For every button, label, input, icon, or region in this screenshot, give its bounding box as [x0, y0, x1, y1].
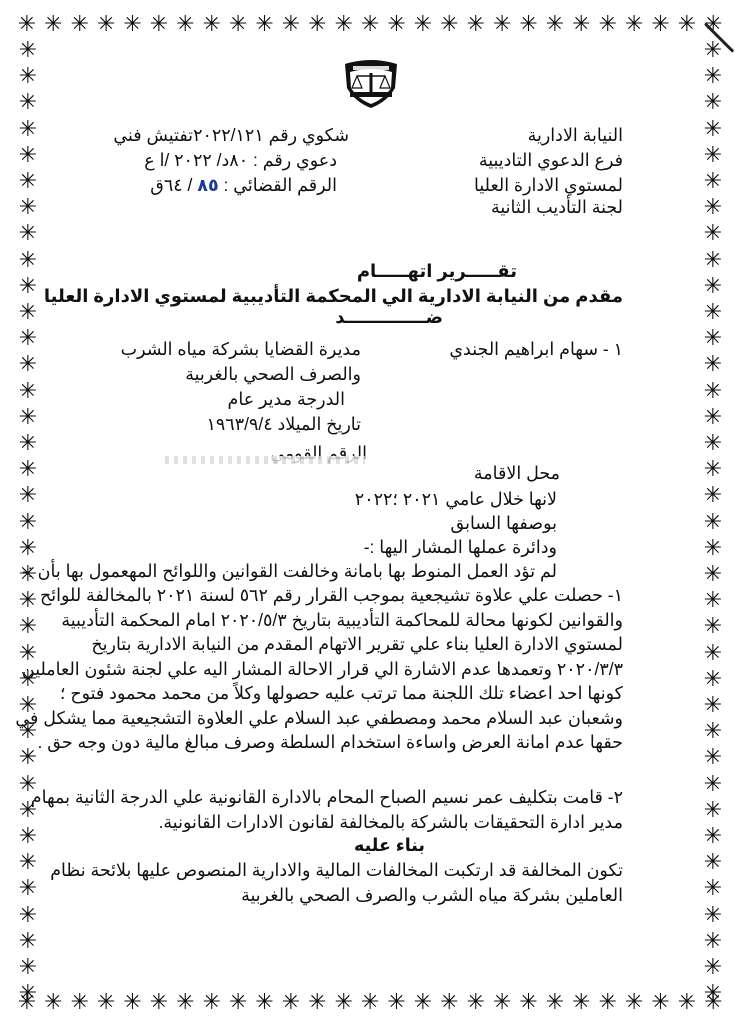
asterisk-star-icon: ✳	[703, 879, 723, 899]
conclusion-line-2: العاملين بشركة مياه الشرب والصرف الصحي ب…	[241, 884, 623, 906]
asterisk-star-icon: ✳	[466, 15, 486, 35]
intro-line-1: لانها خلال عامي ٢٠٢١ ؛٢٠٢٢	[355, 488, 557, 510]
asterisk-star-icon: ✳	[175, 993, 195, 1013]
asterisk-star-icon: ✳	[307, 15, 327, 35]
asterisk-star-icon: ✳	[545, 15, 565, 35]
asterisk-star-icon: ✳	[703, 644, 723, 664]
asterisk-star-icon: ✳	[18, 591, 38, 611]
charge-2-line-2: مدير ادارة التحقيقات بالشركة بالمخالفة ل…	[159, 811, 623, 833]
asterisk-star-icon: ✳	[703, 93, 723, 113]
charge-1-line-3: لمستوي الادارة العليا بناء علي تقرير الا…	[91, 633, 623, 655]
asterisk-star-icon: ✳	[703, 408, 723, 428]
asterisk-star-icon: ✳	[18, 486, 38, 506]
asterisk-star-icon: ✳	[703, 120, 723, 140]
asterisk-star-icon: ✳	[703, 355, 723, 375]
asterisk-star-icon: ✳	[202, 15, 222, 35]
asterisk-star-icon: ✳	[651, 15, 671, 35]
asterisk-star-icon: ✳	[703, 617, 723, 637]
asterisk-star-icon: ✳	[703, 775, 723, 795]
asterisk-star-icon: ✳	[360, 15, 380, 35]
against-label: ضـــــــــــــد	[335, 306, 443, 328]
asterisk-star-icon: ✳	[18, 539, 38, 559]
asterisk-star-icon: ✳	[703, 198, 723, 218]
asterisk-star-icon: ✳	[18, 120, 38, 140]
asterisk-star-icon: ✳	[18, 513, 38, 533]
asterisk-star-icon: ✳	[18, 827, 38, 847]
asterisk-star-icon: ✳	[70, 15, 90, 35]
intro-line-2: بوصفها السابق	[451, 512, 558, 534]
case-number: دعوي رقم : ٨٠د/ ٢٠٢٢ /ا ع	[144, 149, 337, 171]
scales-of-justice-shield-icon	[341, 58, 401, 110]
asterisk-star-icon: ✳	[624, 993, 644, 1013]
asterisk-star-icon: ✳	[466, 993, 486, 1013]
asterisk-star-icon: ✳	[18, 932, 38, 952]
judicial-number-label: الرقم القضائي :	[224, 175, 337, 195]
conclusion-line-1: تكون المخالفة قد ارتكبت المخالفات المالي…	[50, 859, 623, 881]
asterisk-star-icon: ✳	[387, 993, 407, 1013]
asterisk-star-icon: ✳	[360, 993, 380, 1013]
judicial-number: الرقم القضائي : ٨٥ / ٦٤ق	[150, 174, 337, 196]
asterisk-star-icon: ✳	[18, 984, 38, 1004]
asterisk-star-icon: ✳	[439, 15, 459, 35]
asterisk-star-icon: ✳	[43, 15, 63, 35]
asterisk-star-icon: ✳	[571, 993, 591, 1013]
charge-2-line-1: ٢- قامت بتكليف عمر نسيم الصباح المحام با…	[31, 786, 623, 808]
asterisk-star-icon: ✳	[18, 408, 38, 428]
asterisk-star-icon: ✳	[307, 993, 327, 1013]
asterisk-star-icon: ✳	[413, 15, 433, 35]
asterisk-star-icon: ✳	[18, 303, 38, 323]
asterisk-star-icon: ✳	[255, 15, 275, 35]
asterisk-star-icon: ✳	[149, 993, 169, 1013]
judicial-number-handwritten: ٨٥	[197, 175, 218, 195]
charge-1-line-7: حقها عدم امانة العرض واساءة استخدام السل…	[38, 731, 624, 753]
asterisk-star-icon: ✳	[703, 748, 723, 768]
asterisk-star-icon: ✳	[703, 670, 723, 690]
asterisk-star-icon: ✳	[703, 984, 723, 1004]
asterisk-star-icon: ✳	[703, 801, 723, 821]
asterisk-star-icon: ✳	[43, 993, 63, 1013]
asterisk-star-icon: ✳	[18, 67, 38, 87]
report-title: تقـــــرير اتهـــــام	[357, 260, 517, 282]
asterisk-star-icon: ✳	[18, 460, 38, 480]
asterisk-star-icon: ✳	[703, 277, 723, 297]
asterisk-star-icon: ✳	[703, 696, 723, 716]
asterisk-star-icon: ✳	[703, 460, 723, 480]
asterisk-star-icon: ✳	[281, 15, 301, 35]
asterisk-star-icon: ✳	[651, 993, 671, 1013]
defendant-job-2: والصرف الصحي بالغربية	[185, 363, 361, 385]
asterisk-star-icon: ✳	[18, 958, 38, 978]
asterisk-star-icon: ✳	[18, 146, 38, 166]
asterisk-star-icon: ✳	[703, 434, 723, 454]
asterisk-star-icon: ✳	[492, 993, 512, 1013]
asterisk-star-icon: ✳	[598, 993, 618, 1013]
conclusion-heading: بناء عليه	[354, 834, 425, 856]
redacted-national-id	[165, 456, 365, 464]
report-subtitle: مقدم من النيابة الادارية الي المحكمة الت…	[44, 285, 623, 307]
asterisk-star-icon: ✳	[624, 15, 644, 35]
defendant-birth: تاريخ الميلاد ١٩٦٣/٩/٤	[207, 413, 362, 435]
asterisk-star-icon: ✳	[703, 486, 723, 506]
asterisk-star-icon: ✳	[334, 993, 354, 1013]
asterisk-star-icon: ✳	[439, 993, 459, 1013]
asterisk-star-icon: ✳	[202, 993, 222, 1013]
asterisk-star-icon: ✳	[149, 15, 169, 35]
defendant-job-1: مديرة القضايا بشركة مياه الشرب	[121, 338, 361, 360]
charge-1-line-1: ١- حصلت علي علاوة تشيجعية بموجب القرار ر…	[40, 584, 623, 606]
asterisk-star-icon: ✳	[703, 251, 723, 271]
asterisk-star-icon: ✳	[18, 382, 38, 402]
residence-label: محل الاقامة	[474, 462, 560, 484]
asterisk-star-icon: ✳	[703, 303, 723, 323]
defendant-name: ١ - سهام ابراهيم الجندي	[449, 338, 623, 360]
asterisk-star-icon: ✳	[703, 329, 723, 349]
asterisk-star-icon: ✳	[703, 224, 723, 244]
asterisk-star-icon: ✳	[17, 15, 37, 35]
asterisk-star-icon: ✳	[18, 329, 38, 349]
asterisk-star-icon: ✳	[18, 41, 38, 61]
charge-1-line-2: والقوانين لكونها محالة للمحاكمة التأديبي…	[61, 609, 623, 631]
charge-1-line-4: ٢٠٢٠/٣/٣ وتعمدها عدم الاشارة الي قرار ال…	[22, 658, 623, 680]
asterisk-star-icon: ✳	[703, 827, 723, 847]
asterisk-star-icon: ✳	[255, 993, 275, 1013]
asterisk-star-icon: ✳	[281, 993, 301, 1013]
asterisk-star-icon: ✳	[413, 993, 433, 1013]
asterisk-star-icon: ✳	[18, 355, 38, 375]
asterisk-star-icon: ✳	[18, 748, 38, 768]
asterisk-star-icon: ✳	[703, 958, 723, 978]
asterisk-star-icon: ✳	[18, 172, 38, 192]
asterisk-star-icon: ✳	[703, 513, 723, 533]
asterisk-star-icon: ✳	[228, 15, 248, 35]
charge-1-line-5: كونها احد اعضاء تلك اللجنة مما ترتب عليه…	[60, 682, 623, 704]
asterisk-star-icon: ✳	[18, 251, 38, 271]
asterisk-star-icon: ✳	[18, 906, 38, 926]
header-org: النيابة الادارية	[528, 124, 623, 146]
asterisk-star-icon: ✳	[703, 146, 723, 166]
asterisk-star-icon: ✳	[703, 853, 723, 873]
asterisk-star-icon: ✳	[18, 93, 38, 113]
asterisk-star-icon: ✳	[96, 15, 116, 35]
judicial-number-suffix: / ٦٤ق	[150, 175, 192, 195]
asterisk-star-icon: ✳	[703, 722, 723, 742]
asterisk-star-icon: ✳	[703, 382, 723, 402]
asterisk-star-icon: ✳	[70, 993, 90, 1013]
asterisk-star-icon: ✳	[519, 993, 539, 1013]
asterisk-star-icon: ✳	[703, 41, 723, 61]
asterisk-star-icon: ✳	[703, 591, 723, 611]
asterisk-star-icon: ✳	[703, 539, 723, 559]
intro-line-3: ودائرة عملها المشار اليها :-	[364, 536, 557, 558]
asterisk-star-icon: ✳	[703, 932, 723, 952]
asterisk-star-icon: ✳	[677, 15, 697, 35]
asterisk-star-icon: ✳	[545, 993, 565, 1013]
intro-line-4: لم تؤد العمل المنوط بها بامانة وخالفت ال…	[22, 560, 557, 582]
asterisk-star-icon: ✳	[96, 993, 116, 1013]
asterisk-star-icon: ✳	[18, 224, 38, 244]
asterisk-star-icon: ✳	[598, 15, 618, 35]
asterisk-star-icon: ✳	[123, 15, 143, 35]
asterisk-star-icon: ✳	[387, 15, 407, 35]
header-level: لمستوي الادارة العليا	[474, 174, 623, 196]
charge-1-line-6: وشعبان عبد السلام محمد ومصطفي عبد السلام…	[15, 707, 623, 729]
asterisk-star-icon: ✳	[334, 15, 354, 35]
asterisk-star-icon: ✳	[703, 565, 723, 585]
asterisk-star-icon: ✳	[519, 15, 539, 35]
defendant-grade: الدرجة مدير عام	[228, 388, 345, 410]
asterisk-star-icon: ✳	[18, 198, 38, 218]
asterisk-star-icon: ✳	[18, 434, 38, 454]
complaint-number: شكوي رقم ٢٠٢٢/١٢١تفتيش فني	[113, 124, 349, 146]
asterisk-star-icon: ✳	[677, 993, 697, 1013]
asterisk-star-icon: ✳	[703, 172, 723, 192]
header-committee: لجنة التأديب الثانية	[491, 196, 623, 218]
asterisk-star-icon: ✳	[18, 853, 38, 873]
asterisk-star-icon: ✳	[123, 993, 143, 1013]
asterisk-star-icon: ✳	[175, 15, 195, 35]
document-page: ✳✳✳✳✳✳✳✳✳✳✳✳✳✳✳✳✳✳✳✳✳✳✳✳✳✳✳✳✳✳✳✳✳✳✳✳✳✳✳✳…	[0, 0, 735, 1024]
asterisk-star-icon: ✳	[571, 15, 591, 35]
asterisk-star-icon: ✳	[492, 15, 512, 35]
asterisk-star-icon: ✳	[703, 67, 723, 87]
header-branch: فرع الدعوي التاديبية	[479, 149, 623, 171]
asterisk-star-icon: ✳	[703, 906, 723, 926]
asterisk-star-icon: ✳	[18, 879, 38, 899]
asterisk-star-icon: ✳	[18, 277, 38, 297]
asterisk-star-icon: ✳	[18, 617, 38, 637]
asterisk-star-icon: ✳	[228, 993, 248, 1013]
